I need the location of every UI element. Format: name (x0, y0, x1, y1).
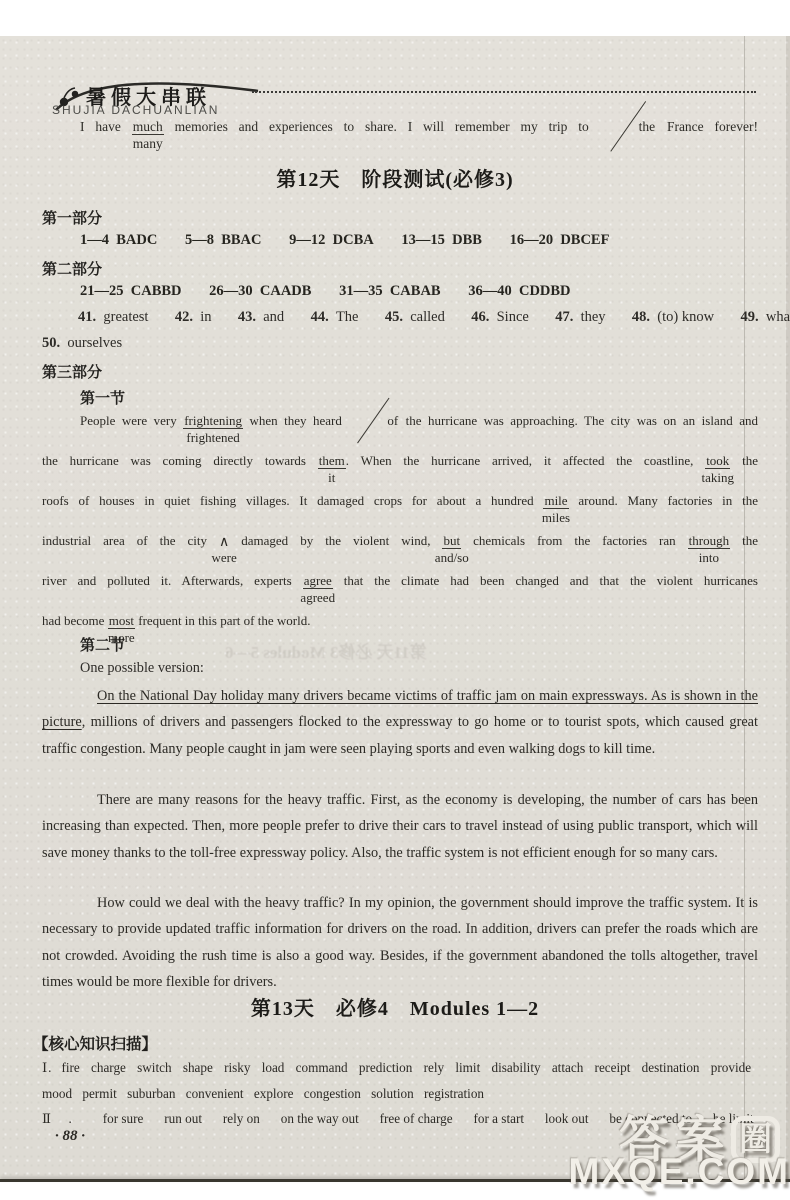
proofread-line: had become mostmore frequent in this par… (42, 610, 758, 650)
section2-heading: 第二节 (80, 634, 125, 655)
word-correction: themit (318, 453, 346, 468)
essay-paragraph-1: On the National Day holiday many drivers… (42, 683, 758, 762)
answer-group: 13—15 DBB (401, 232, 482, 249)
vocab-word: convenient (186, 1086, 244, 1101)
vocab-word: suburban (127, 1086, 175, 1101)
vocab-word: rely (424, 1060, 445, 1075)
answer-group: 46. Since (471, 309, 529, 326)
vocab-word: destination (642, 1060, 700, 1075)
answer-group: 49. what (740, 309, 790, 326)
part3-heading: 第三部分 (42, 361, 102, 382)
proofread-line: roofs of houses in quiet fishing village… (42, 490, 758, 530)
carryover-correction-line: I have muchmany memories and experiences… (42, 119, 758, 165)
vocab-word: permit (82, 1086, 116, 1101)
answer-group: 42. in (175, 309, 212, 326)
vocab-word: rely on (223, 1106, 260, 1132)
proofread-line: river and polluted it. Afterwards, exper… (42, 570, 758, 610)
section1-heading: 第一节 (80, 387, 125, 408)
vocab-word: for a start (473, 1106, 524, 1132)
proofreading-passage: People were very frighteningfrightened w… (42, 410, 758, 650)
vocab-list-1-label: Ⅰ. (42, 1060, 51, 1075)
word-correction: butand/so (442, 533, 461, 548)
watermark-site-url: MXQE.COM (568, 1151, 790, 1193)
word-correction: frighteningfrightened (183, 413, 243, 428)
vocab-list-1: Ⅰ.fire charge switch shape risky load co… (42, 1055, 758, 1106)
answer-group: 50. ourselves (42, 335, 122, 352)
part2-blanks-row1: 41. greatest 42. in 43. and 44. The 45. … (42, 309, 790, 326)
page-number: · 88 · (55, 1128, 85, 1145)
answer-group: 5—8 BBAC (185, 232, 262, 249)
vocab-word: registration (424, 1086, 484, 1101)
answer-group: 26—30 CAADB (209, 283, 311, 300)
essay-paragraph-3: How could we deal with the heavy traffic… (42, 890, 758, 995)
vocab-word: shape (183, 1060, 213, 1075)
vocab-word: charge (91, 1060, 126, 1075)
word-correction: tooktaking (705, 453, 730, 468)
vocab-word: solution (371, 1086, 414, 1101)
proofread-line: People were very frighteningfrightened w… (42, 410, 758, 450)
part2-heading: 第二部分 (42, 258, 102, 279)
vocab-word: switch (137, 1060, 171, 1075)
word-correction: mostmore (108, 613, 135, 628)
vocab-word: limit (455, 1060, 480, 1075)
vocab-word: risky (224, 1060, 250, 1075)
page-content: 暑假大串联 SHUJIA DACHUANLIAN I have muchmany… (0, 0, 790, 1200)
answer-group: 36—40 CDDBD (468, 283, 570, 300)
word-correction: milemiles (543, 493, 568, 508)
word-insertion: ∧were (219, 533, 229, 548)
word-correction: muchmany (132, 119, 164, 134)
core-knowledge-scan-heading: 【核心知识扫描】 (33, 1032, 157, 1054)
vocab-word: explore (254, 1086, 294, 1101)
vocab-word: mood (42, 1086, 72, 1101)
part2-answers-row: 21—25 CABBD 26—30 CAADB 31—35 CABAB 36—4… (80, 283, 595, 300)
vocab-word: look out (545, 1106, 589, 1132)
part2-blanks-row2: 50. ourselves (42, 335, 146, 352)
essay-paragraph-1-rest: , millions of drivers and passengers flo… (42, 714, 758, 756)
part1-answers-row: 1—4 BADC 5—8 BBAC 9—12 DCBA 13—15 DBB 16… (80, 232, 633, 249)
answer-group: 41. greatest (78, 309, 148, 326)
answer-group: 44. The (311, 309, 359, 326)
vocab-word: command (296, 1060, 348, 1075)
word-correction: agreeagreed (303, 573, 333, 588)
word-deletion: of (348, 413, 399, 428)
day13-title: 第13天 必修4 Modules 1—2 (0, 992, 790, 1021)
answer-group: 21—25 CABBD (80, 283, 182, 300)
essay-paragraph-2: There are many reasons for the heavy tra… (42, 787, 758, 866)
vocab-word: for sure (103, 1106, 144, 1132)
vocab-word: load (262, 1060, 285, 1075)
part1-heading: 第一部分 (42, 207, 102, 228)
answer-group: 45. called (385, 309, 445, 326)
vocab-list-2-label: Ⅱ. (42, 1111, 72, 1126)
possible-version-label: One possible version: (80, 660, 204, 677)
vocab-word: on the way out (281, 1106, 359, 1132)
answer-group: 48. (to) know (632, 309, 714, 326)
answer-group: 47. they (555, 309, 605, 326)
answer-group: 43. and (238, 309, 284, 326)
proofread-line: the hurricane was coming directly toward… (42, 450, 758, 490)
answer-group: 1—4 BADC (80, 232, 157, 249)
vocab-word: congestion (304, 1086, 361, 1101)
vocab-word: receipt (595, 1060, 631, 1075)
vocab-list-1-words: fire charge switch shape risky load comm… (42, 1060, 758, 1101)
brand-name-pinyin: SHUJIA DACHUANLIAN (52, 103, 219, 117)
vocab-word: prediction (359, 1060, 412, 1075)
answer-group: 9—12 DCBA (289, 232, 374, 249)
day12-title: 第12天 阶段测试(必修3) (0, 163, 790, 192)
vocab-word: attach (552, 1060, 583, 1075)
vocab-word: fire (61, 1060, 79, 1075)
vocab-word: free of charge (380, 1106, 453, 1132)
header-dotted-rule (252, 91, 756, 93)
vocab-word: run out (164, 1106, 202, 1132)
word-correction: throughinto (688, 533, 730, 548)
answer-group: 31—35 CABAB (339, 283, 441, 300)
answer-group: 16—20 DBCEF (510, 232, 610, 249)
proofread-line: industrial area of the city ∧were damage… (42, 530, 758, 570)
vocab-word: provide (711, 1060, 751, 1075)
vocab-word: disability (492, 1060, 541, 1075)
word-deletion: the (600, 119, 657, 134)
